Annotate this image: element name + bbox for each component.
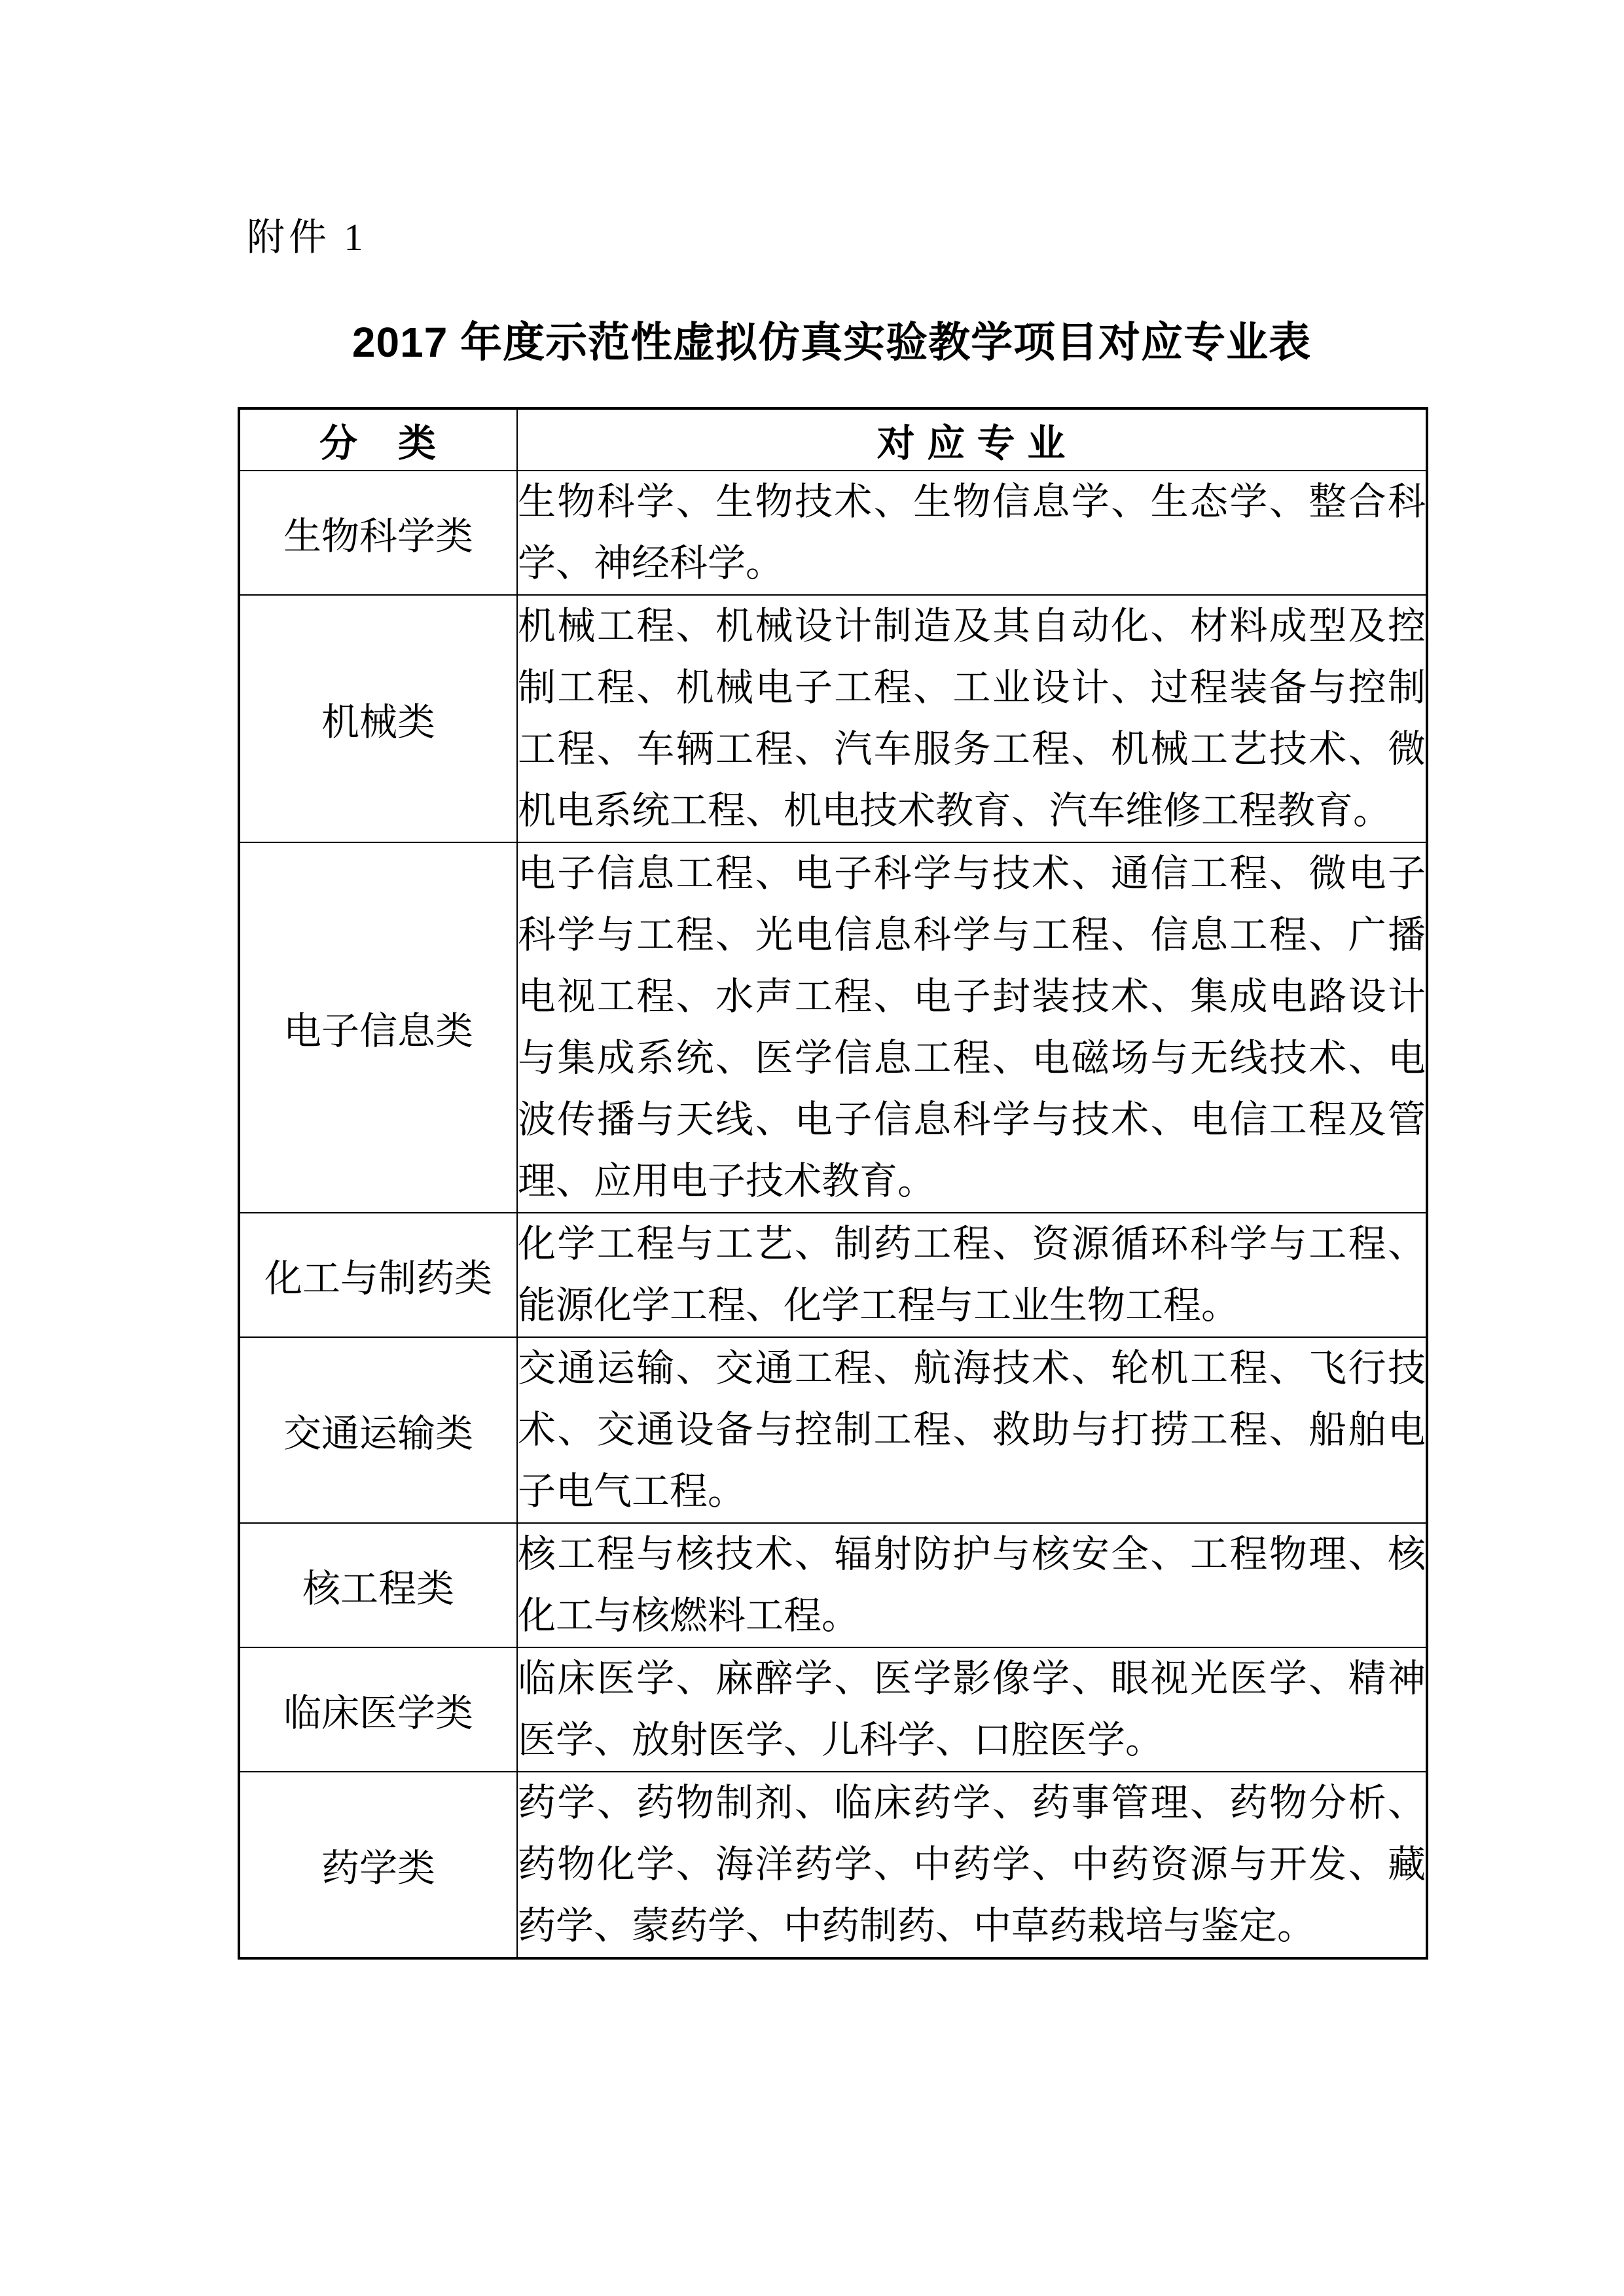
attachment-label: 附件 1 — [247, 215, 367, 260]
majors-line: 制工程、机械电子工程、工业设计、过程装备与控制 — [518, 657, 1426, 719]
majors-line: 机械工程、机械设计制造及其自动化、材料成型及控 — [518, 596, 1426, 657]
category-cell: 药学类 — [239, 1772, 517, 1958]
majors-line: 药学、药物制剂、临床药学、药事管理、药物分析、 — [518, 1772, 1426, 1834]
majors-line: 波传播与天线、电子信息科学与技术、电信工程及管 — [518, 1089, 1426, 1151]
majors-line: 术、交通设备与控制工程、救助与打捞工程、船舶电 — [518, 1399, 1426, 1461]
majors-line: 子电气工程。 — [518, 1461, 1426, 1522]
category-cell: 机械类 — [239, 595, 517, 842]
majors-line: 核工程与核技术、辐射防护与核安全、工程物理、核 — [518, 1524, 1426, 1585]
majors-line: 药物化学、海洋药学、中药学、中药资源与开发、藏 — [518, 1834, 1426, 1895]
majors-line: 化工与核燃料工程。 — [518, 1585, 1426, 1647]
majors-cell: 生物科学、生物技术、生物信息学、生态学、整合科学、神经科学。 — [517, 471, 1427, 595]
majors-line: 生物科学、生物技术、生物信息学、生态学、整合科 — [518, 471, 1426, 533]
majors-cell: 电子信息工程、电子科学与技术、通信工程、微电子科学与工程、光电信息科学与工程、信… — [517, 842, 1427, 1213]
majors-line: 化学工程与工艺、制药工程、资源循环科学与工程、 — [518, 1213, 1426, 1275]
table-row: 电子信息类电子信息工程、电子科学与技术、通信工程、微电子科学与工程、光电信息科学… — [239, 842, 1427, 1213]
category-cell: 生物科学类 — [239, 471, 517, 595]
table-row: 机械类机械工程、机械设计制造及其自动化、材料成型及控制工程、机械电子工程、工业设… — [239, 595, 1427, 842]
table-row: 核工程类核工程与核技术、辐射防护与核安全、工程物理、核化工与核燃料工程。 — [239, 1523, 1427, 1647]
page-title: 2017 年度示范性虚拟仿真实验教学项目对应专业表 — [238, 317, 1426, 368]
majors-line: 药学、蒙药学、中药制药、中草药栽培与鉴定。 — [518, 1895, 1426, 1957]
category-cell: 电子信息类 — [239, 842, 517, 1213]
majors-table: 分 类 对 应 专 业 生物科学类生物科学、生物技术、生物信息学、生态学、整合科… — [238, 407, 1428, 1960]
majors-cell: 化学工程与工艺、制药工程、资源循环科学与工程、能源化学工程、化学工程与工业生物工… — [517, 1213, 1427, 1337]
majors-line: 临床医学、麻醉学、医学影像学、眼视光医学、精神 — [518, 1648, 1426, 1710]
majors-line: 医学、放射医学、儿科学、口腔医学。 — [518, 1710, 1426, 1771]
document-page: 附件 1 2017 年度示范性虚拟仿真实验教学项目对应专业表 分 类 对 应 专… — [0, 0, 1624, 2296]
majors-cell: 药学、药物制剂、临床药学、药事管理、药物分析、药物化学、海洋药学、中药学、中药资… — [517, 1772, 1427, 1958]
table-row: 交通运输类交通运输、交通工程、航海技术、轮机工程、飞行技术、交通设备与控制工程、… — [239, 1337, 1427, 1523]
majors-line: 交通运输、交通工程、航海技术、轮机工程、飞行技 — [518, 1338, 1426, 1399]
col-header-category: 分 类 — [239, 408, 517, 471]
majors-cell: 核工程与核技术、辐射防护与核安全、工程物理、核化工与核燃料工程。 — [517, 1523, 1427, 1647]
majors-line: 理、应用电子技术教育。 — [518, 1151, 1426, 1212]
table-row: 化工与制药类化学工程与工艺、制药工程、资源循环科学与工程、能源化学工程、化学工程… — [239, 1213, 1427, 1337]
table-row: 生物科学类生物科学、生物技术、生物信息学、生态学、整合科学、神经科学。 — [239, 471, 1427, 595]
majors-line: 工程、车辆工程、汽车服务工程、机械工艺技术、微 — [518, 719, 1426, 780]
majors-cell: 交通运输、交通工程、航海技术、轮机工程、飞行技术、交通设备与控制工程、救助与打捞… — [517, 1337, 1427, 1523]
col-header-majors: 对 应 专 业 — [517, 408, 1427, 471]
majors-line: 机电系统工程、机电技术教育、汽车维修工程教育。 — [518, 780, 1426, 842]
majors-line: 电子信息工程、电子科学与技术、通信工程、微电子 — [518, 843, 1426, 905]
majors-line: 能源化学工程、化学工程与工业生物工程。 — [518, 1275, 1426, 1336]
table-header-row: 分 类 对 应 专 业 — [239, 408, 1427, 471]
category-cell: 临床医学类 — [239, 1647, 517, 1772]
table-body: 生物科学类生物科学、生物技术、生物信息学、生态学、整合科学、神经科学。机械类机械… — [239, 471, 1427, 1958]
category-cell: 交通运输类 — [239, 1337, 517, 1523]
category-cell: 化工与制药类 — [239, 1213, 517, 1337]
category-cell: 核工程类 — [239, 1523, 517, 1647]
majors-line: 科学与工程、光电信息科学与工程、信息工程、广播 — [518, 905, 1426, 966]
majors-line: 电视工程、水声工程、电子封装技术、集成电路设计 — [518, 966, 1426, 1028]
table-row: 药学类药学、药物制剂、临床药学、药事管理、药物分析、药物化学、海洋药学、中药学、… — [239, 1772, 1427, 1958]
table-row: 临床医学类临床医学、麻醉学、医学影像学、眼视光医学、精神医学、放射医学、儿科学、… — [239, 1647, 1427, 1772]
majors-cell: 临床医学、麻醉学、医学影像学、眼视光医学、精神医学、放射医学、儿科学、口腔医学。 — [517, 1647, 1427, 1772]
majors-line: 学、神经科学。 — [518, 533, 1426, 594]
majors-line: 与集成系统、医学信息工程、电磁场与无线技术、电 — [518, 1028, 1426, 1089]
majors-cell: 机械工程、机械设计制造及其自动化、材料成型及控制工程、机械电子工程、工业设计、过… — [517, 595, 1427, 842]
